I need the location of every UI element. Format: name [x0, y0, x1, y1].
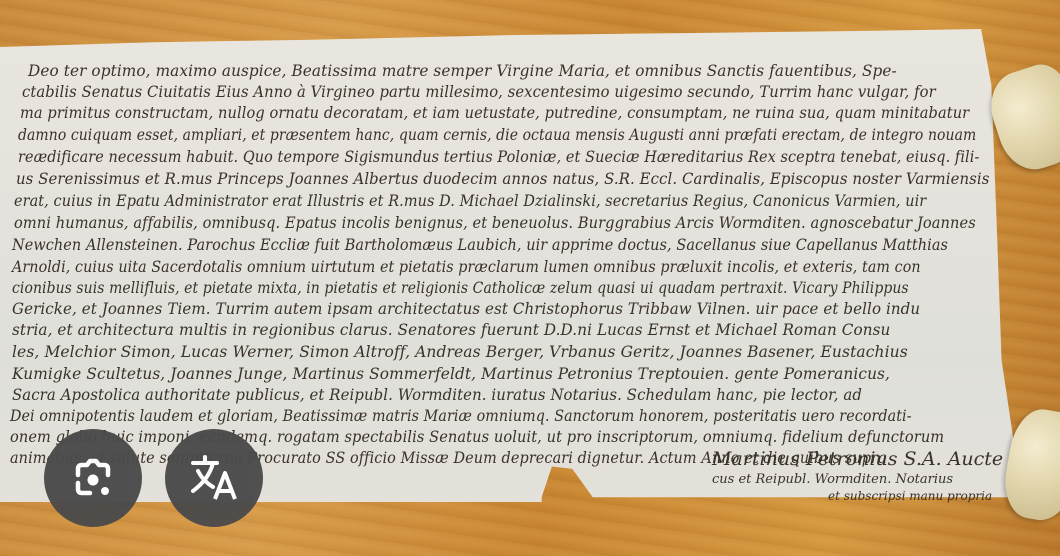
translate-icon: [187, 451, 241, 505]
manuscript-line: ctabilis Senatus Ciuitatis Eius Anno à V…: [22, 83, 936, 101]
manuscript-line: Arnoldi, cuius uita Sacerdotalis omnium …: [12, 258, 921, 276]
manuscript-line: les, Melchior Simon, Lucas Werner, Simon…: [12, 343, 908, 361]
signature-subscription: et subscripsi manu propria: [828, 489, 992, 503]
manuscript-line: Deo ter optimo, maximo auspice, Beatissi…: [28, 62, 897, 80]
manuscript-line: us Serenissimus et R.mus Princeps Joanne…: [16, 170, 989, 188]
manuscript-line: Newchen Allensteinen. Parochus Eccliæ fu…: [12, 236, 948, 254]
translate-button[interactable]: [165, 429, 263, 527]
manuscript-line: Kumigke Scultetus, Joannes Junge, Martin…: [12, 365, 890, 383]
manuscript-line: erat, cuius in Epatu Administrator erat …: [14, 192, 926, 210]
manuscript-line: ma primitus constructam, nullog ornatu d…: [20, 104, 969, 122]
manuscript-line: onem globo huic imponi, eandemq. rogatam…: [10, 428, 944, 446]
manuscript-line: reædificare necessum habuit. Quo tempore…: [18, 148, 979, 166]
manuscript-line: Dei omnipotentis laudem et gloriam, Beat…: [10, 407, 912, 425]
manuscript-line: Sacra Apostolica authoritate publicus, e…: [12, 386, 862, 404]
manuscript-line: cionibus suis mellifluis, et pietate mix…: [12, 279, 909, 297]
signature-name: Martinus Petronius S.A. Aucte: [712, 448, 1003, 470]
signature-title: cus et Reipubl. Wormditen. Notarius: [712, 472, 953, 487]
manuscript-line: omni humanus, affabilis, omnibusq. Epatu…: [14, 214, 976, 232]
manuscript-line: stria, et architectura multis in regioni…: [12, 321, 890, 339]
google-lens-icon: [68, 453, 118, 503]
manuscript-line: damno cuiquam esset, ampliari, et præsen…: [18, 126, 976, 144]
google-lens-button[interactable]: [44, 429, 142, 527]
manuscript-line: Gericke, et Joannes Tiem. Turrim autem i…: [12, 300, 920, 318]
